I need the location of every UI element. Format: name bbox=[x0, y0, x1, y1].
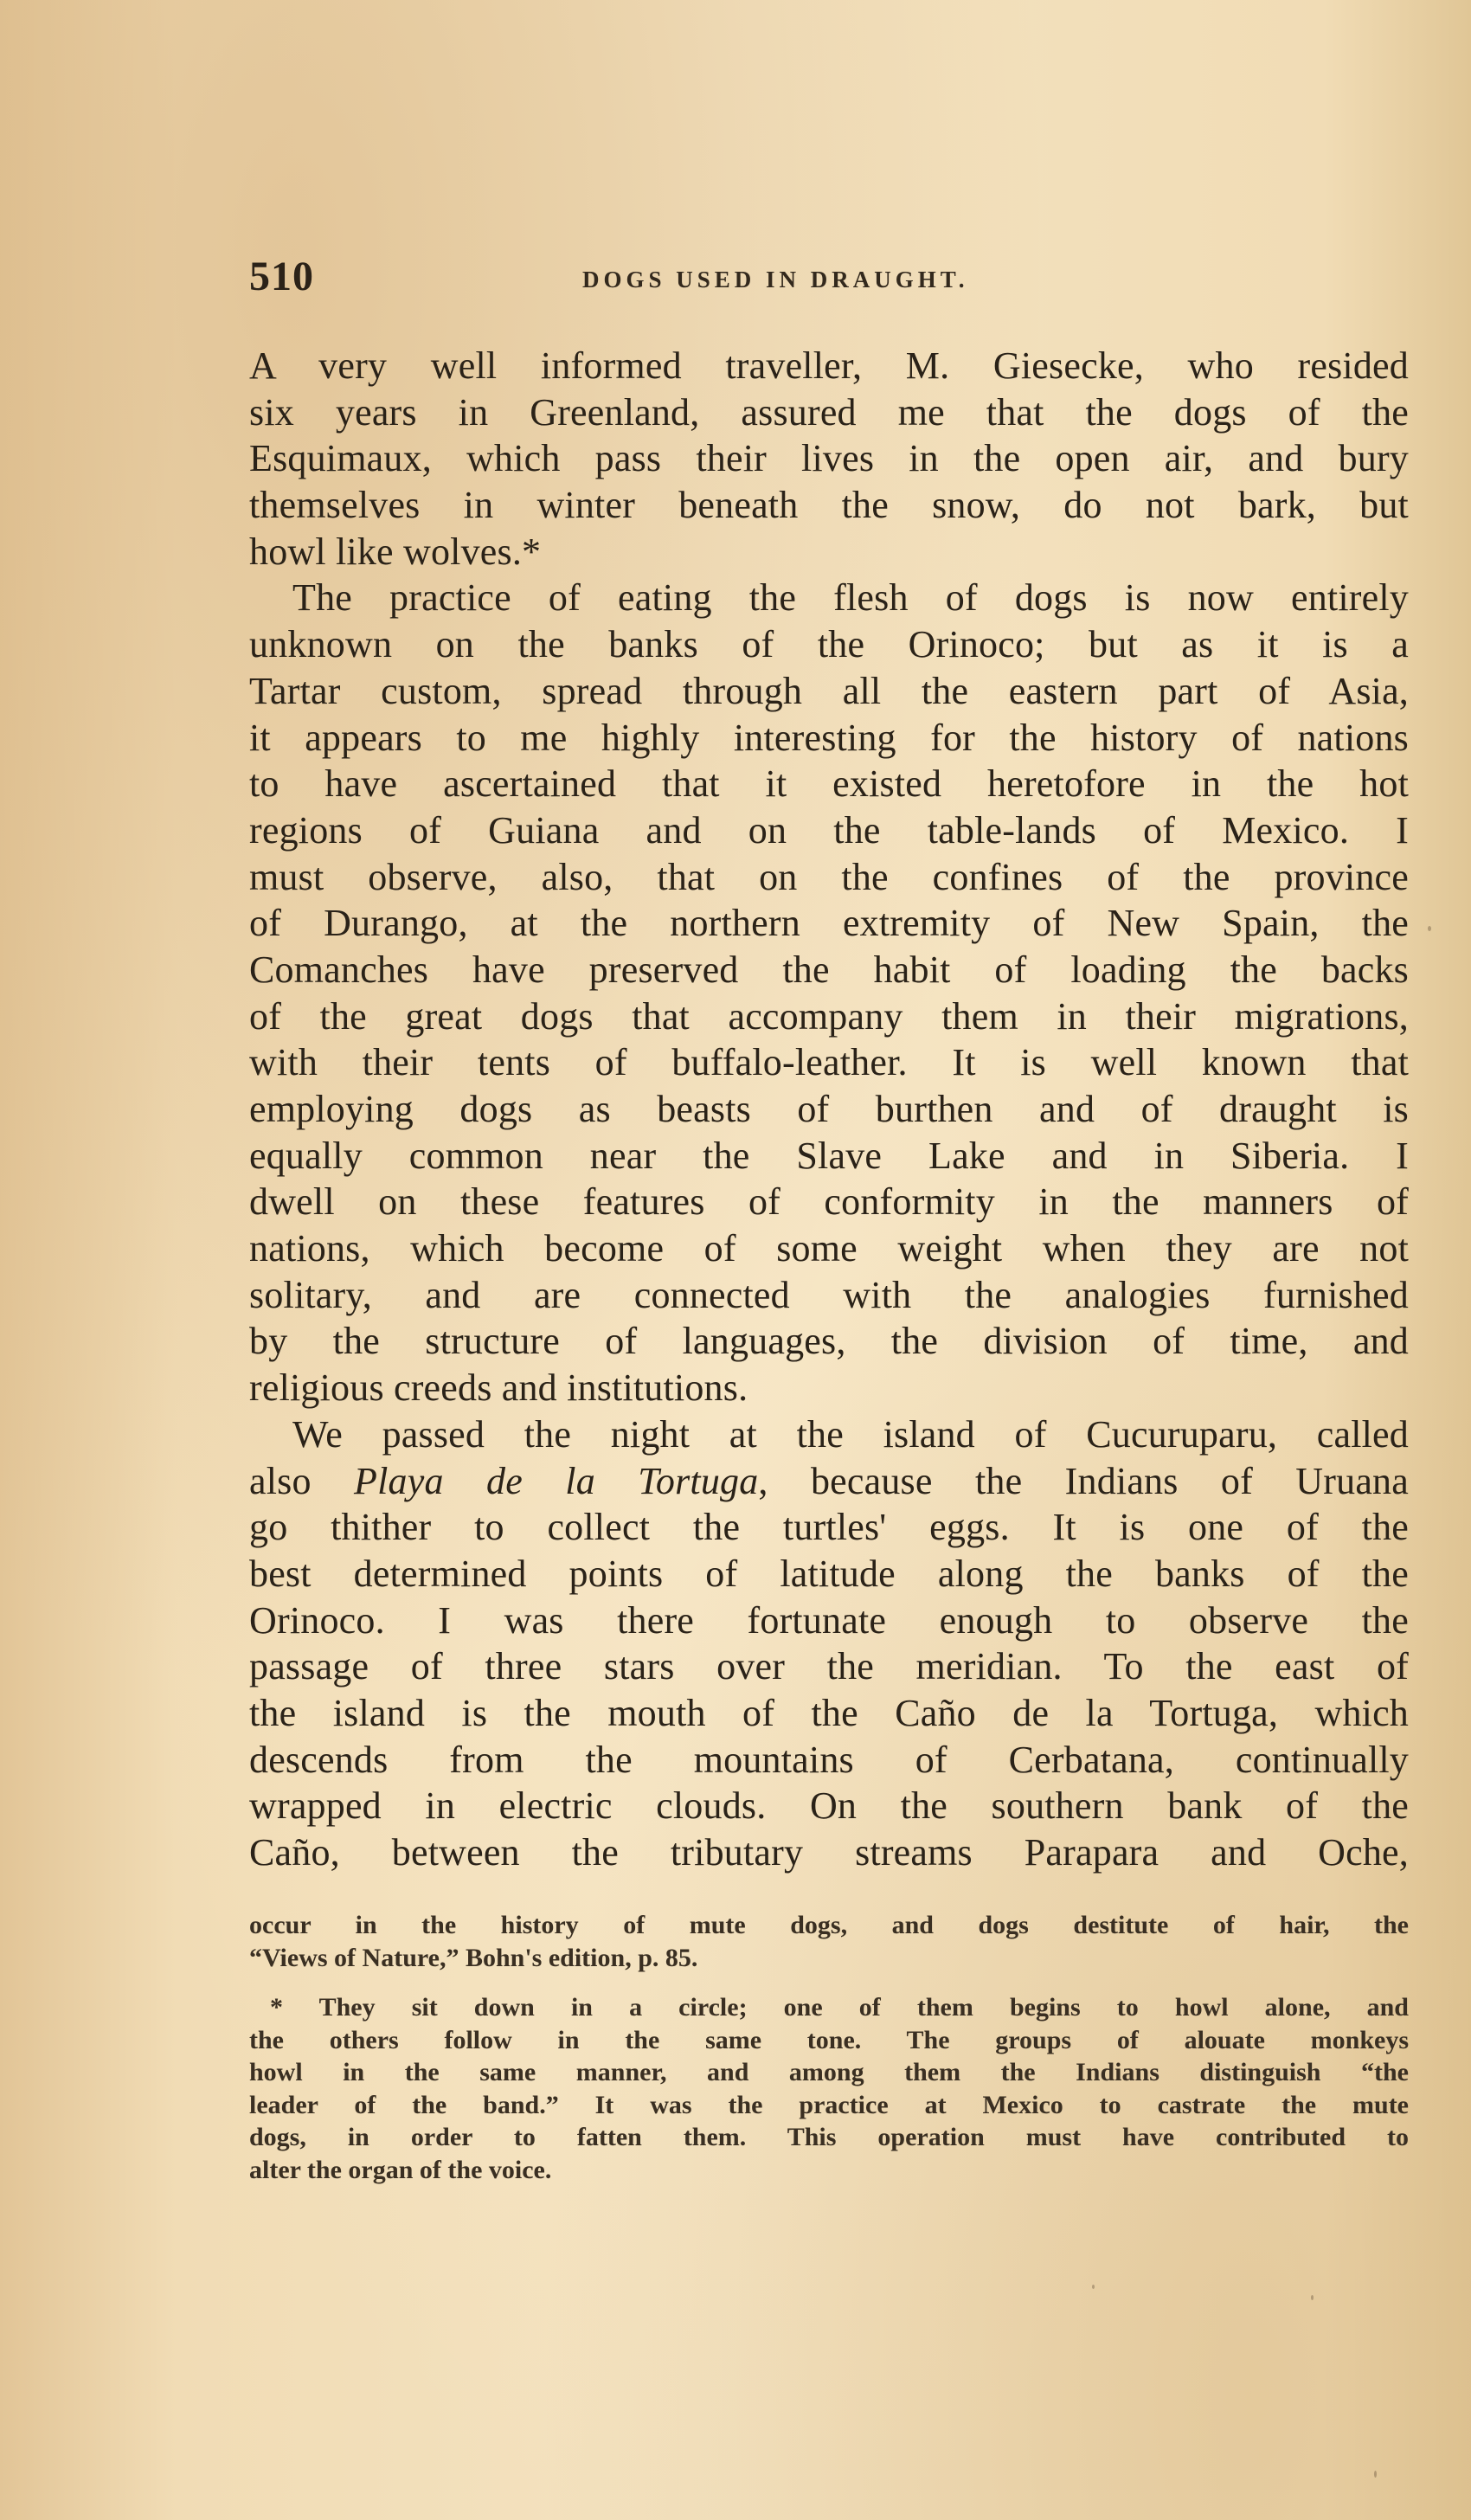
text-line: Comanches have preserved the habit of lo… bbox=[249, 947, 1409, 993]
text-line: wrapped in electric clouds. On the south… bbox=[249, 1783, 1409, 1829]
paragraph: The practice of eating the flesh of dogs… bbox=[249, 575, 1409, 1411]
text-line: themselves in winter beneath the snow, d… bbox=[249, 482, 1409, 529]
page-number: 510 bbox=[249, 253, 314, 300]
footnote-line: * They sit down in a circle; one of them… bbox=[249, 1991, 1409, 2024]
text-line: of Durango, at the northern extremity of… bbox=[249, 900, 1409, 947]
text-line: equally common near the Slave Lake and i… bbox=[249, 1133, 1409, 1180]
footnote-asterisk: * They sit down in a circle; one of them… bbox=[249, 1991, 1409, 2186]
footnotes: occur in the history of mute dogs, and d… bbox=[249, 1909, 1409, 2203]
footnote-line: alter the organ of the voice. bbox=[249, 2154, 1409, 2187]
text-line: best determined points of latitude along… bbox=[249, 1551, 1409, 1597]
footnote-line: occur in the history of mute dogs, and d… bbox=[249, 1909, 1409, 1942]
paper-speck bbox=[1092, 2285, 1095, 2289]
paragraph: We passed the night at the island of Cuc… bbox=[249, 1411, 1409, 1876]
text-line: Orinoco. I was there fortunate enough to… bbox=[249, 1597, 1409, 1644]
text-line: the island is the mouth of the Caño de l… bbox=[249, 1690, 1409, 1737]
text-line: passage of three stars over the meridian… bbox=[249, 1643, 1409, 1690]
text-line: of the great dogs that accompany them in… bbox=[249, 993, 1409, 1040]
text-line: Caño, between the tributary streams Para… bbox=[249, 1829, 1409, 1876]
text-line: A very well informed traveller, M. Giese… bbox=[249, 343, 1409, 389]
text-line: it appears to me highly interesting for … bbox=[249, 715, 1409, 762]
paper-speck bbox=[1311, 2295, 1314, 2300]
text-line: dwell on these features of conformity in… bbox=[249, 1179, 1409, 1225]
italic-place-name: Playa de la Tortuga bbox=[354, 1460, 758, 1502]
text-run: , because the Indians of Uruana bbox=[758, 1460, 1409, 1502]
text-line: howl like wolves.* bbox=[249, 529, 1409, 575]
text-line: regions of Guiana and on the table-lands… bbox=[249, 807, 1409, 854]
text-line: employing dogs as beasts of burthen and … bbox=[249, 1086, 1409, 1133]
paper-speck bbox=[1428, 926, 1431, 931]
footnote-line: dogs, in order to fatten them. This oper… bbox=[249, 2121, 1409, 2154]
footnote-line: leader of the band.” It was the practice… bbox=[249, 2089, 1409, 2122]
text-line: also Playa de la Tortuga, because the In… bbox=[249, 1458, 1409, 1505]
footnote-continued: occur in the history of mute dogs, and d… bbox=[249, 1909, 1409, 1974]
text-line: nations, which become of some weight whe… bbox=[249, 1225, 1409, 1272]
text-line: We passed the night at the island of Cuc… bbox=[249, 1411, 1409, 1458]
text-line: unknown on the banks of the Orinoco; but… bbox=[249, 621, 1409, 668]
running-title: DOGS USED IN DRAUGHT. bbox=[582, 267, 969, 293]
text-line: The practice of eating the flesh of dogs… bbox=[249, 575, 1409, 621]
paragraph: A very well informed traveller, M. Giese… bbox=[249, 343, 1409, 575]
text-line: descends from the mountains of Cerbatana… bbox=[249, 1737, 1409, 1784]
text-line: by the structure of languages, the divis… bbox=[249, 1318, 1409, 1365]
running-head: 510 DOGS USED IN DRAUGHT. bbox=[249, 253, 1409, 305]
text-line: six years in Greenland, assured me that … bbox=[249, 389, 1409, 436]
text-line: go thither to collect the turtles' eggs.… bbox=[249, 1504, 1409, 1551]
text-line: to have ascertained that it existed here… bbox=[249, 761, 1409, 807]
text-run: also bbox=[249, 1460, 354, 1502]
text-line: Tartar custom, spread through all the ea… bbox=[249, 668, 1409, 715]
text-line: Esquimaux, which pass their lives in the… bbox=[249, 435, 1409, 482]
text-line: with their tents of buffalo-leather. It … bbox=[249, 1039, 1409, 1086]
footnote-line: “Views of Nature,” Bohn's edition, p. 85… bbox=[249, 1942, 1409, 1975]
text-line: must observe, also, that on the confines… bbox=[249, 854, 1409, 901]
footnote-line: the others follow in the same tone. The … bbox=[249, 2024, 1409, 2057]
text-line: religious creeds and institutions. bbox=[249, 1365, 1409, 1411]
body-text: A very well informed traveller, M. Giese… bbox=[249, 343, 1409, 1876]
text-line: solitary, and are connected with the ana… bbox=[249, 1272, 1409, 1319]
paper-speck bbox=[1374, 2471, 1377, 2478]
footnote-line: howl in the same manner, and among them … bbox=[249, 2056, 1409, 2089]
